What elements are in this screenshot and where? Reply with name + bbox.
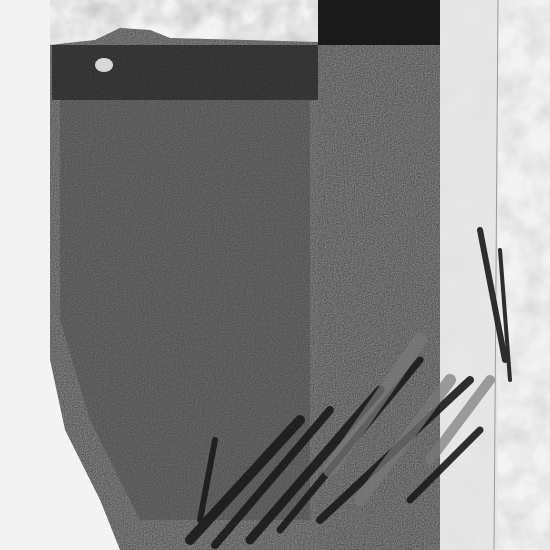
light-spot	[95, 58, 113, 72]
mottled-top	[50, 0, 320, 40]
column-top	[318, 0, 440, 45]
artwork-canvas	[0, 0, 550, 550]
artwork-svg	[0, 0, 550, 550]
top-dark-band	[52, 45, 318, 100]
